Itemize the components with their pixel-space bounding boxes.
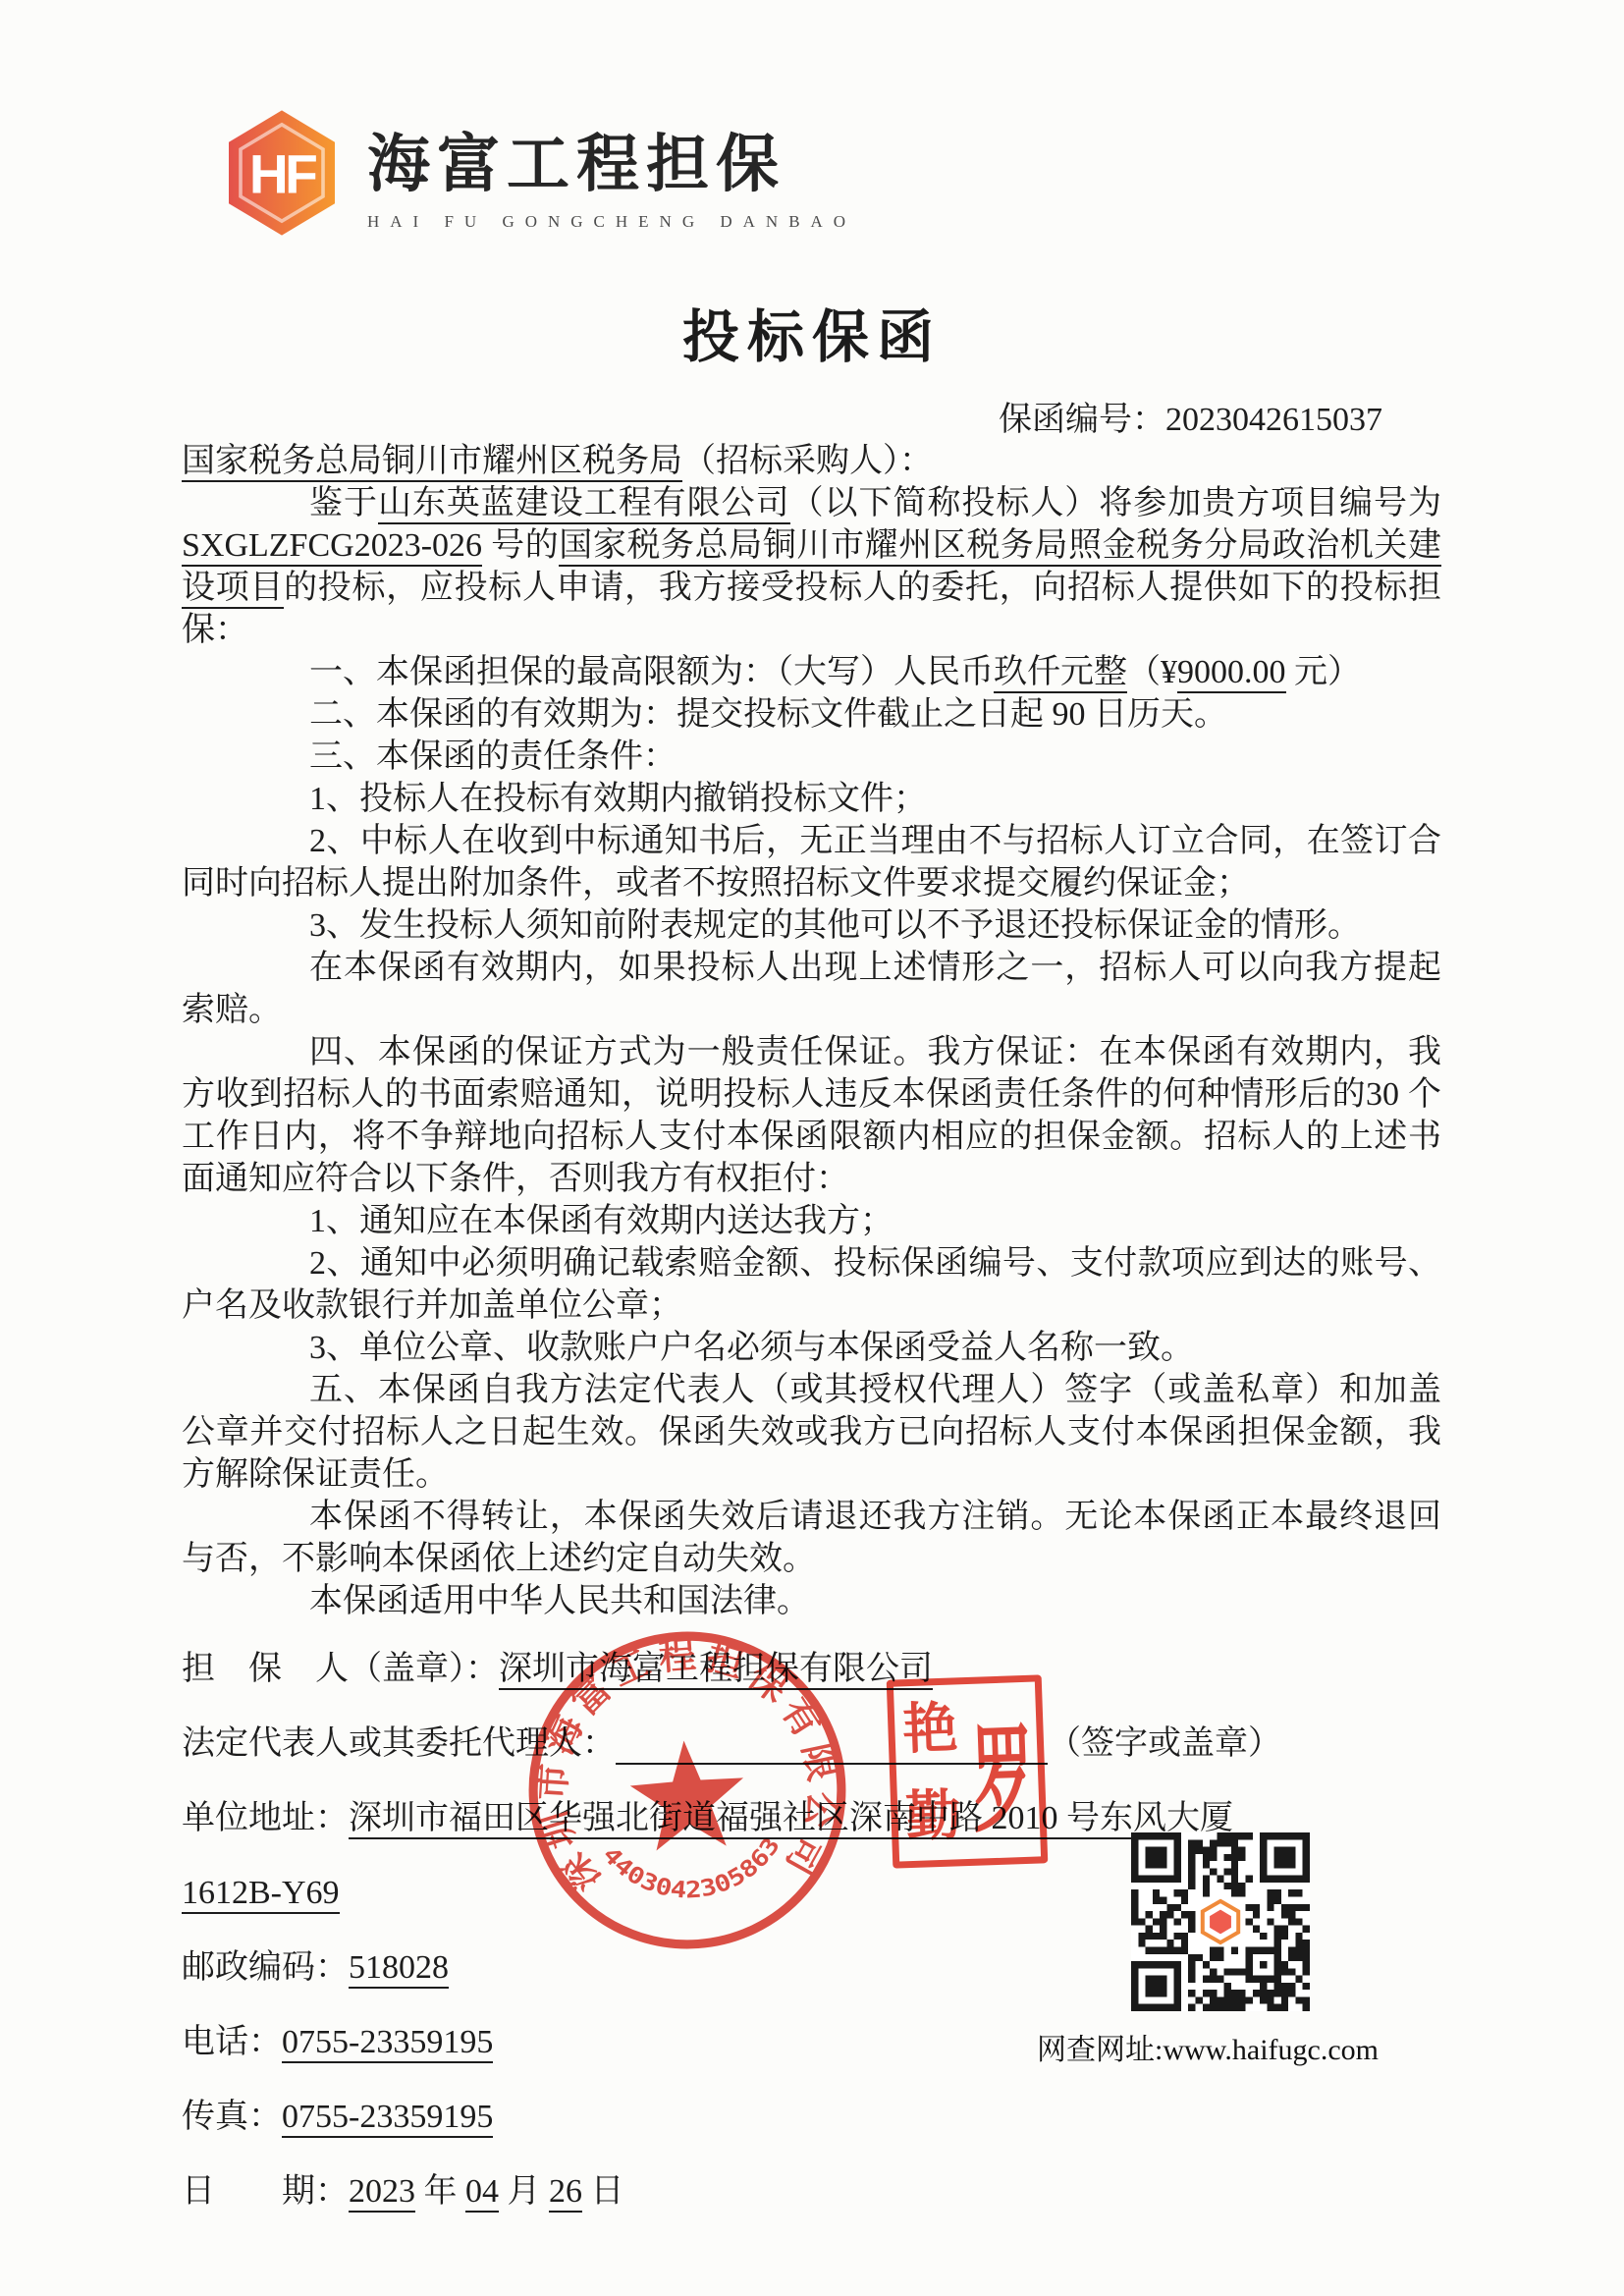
text-run: （以下简称投标人）将参加贵方项目编号为 [790,485,1441,521]
qr-code-image [1131,1832,1310,2011]
underlined-text: 518028 [349,1949,449,1989]
guarantee-number-label: 保函编号： [999,402,1165,438]
underlined-text: 0755-23359195 [282,2024,493,2063]
paragraph: 国家税务总局铜川市耀州区税务局（招标采购人）： [182,440,1441,482]
text-run: 元） [1286,654,1362,690]
company-logo-icon: HF [222,108,342,238]
name-stamp-left-column: 艳 勤 [893,1684,970,1861]
text-run: 邮政编码： [182,1949,349,1986]
underlined-text: 2023 [349,2173,415,2213]
brand-name-cn: 海富工程担保 [367,114,856,204]
guarantee-document-page: HF 海富工程担保 HAI FU GONGCHENG DANBAO 投标保函 保… [0,0,1624,2296]
paragraph: 1、投标人在投标有效期内撤销投标文件； [182,778,1441,820]
paragraph: 一、本保函担保的最高限额为：（大写）人民币玖仟元整（¥9000.00 元） [182,651,1441,693]
guarantee-number: 保函编号：2023042615037 [999,392,1382,440]
paragraph: 二、本保函的有效期为：提交投标文件截止之日起 90 日历天。 [182,693,1441,736]
paragraph: 三、本保函的责任条件： [182,736,1441,778]
text-run: 日 [582,2173,624,2210]
text-run: 电话： [182,2024,282,2060]
text-run: 本保函不得转让，本保函失效后请退还我方注销。无论本保函正本最终退回与否，不影响本… [182,1499,1441,1577]
text-run: 一、本保函担保的最高限额为：（大写）人民币 [309,654,994,690]
name-stamp-char: 艳 [902,1701,959,1758]
guarantee-number-value: 2023042615037 [1165,402,1382,438]
paragraph: 四、本保函的保证方式为一般责任保证。我方保证：在本保函有效期内，我方收到招标人的… [182,1031,1441,1200]
body-paragraphs: 国家税务总局铜川市耀州区税务局（招标采购人）：鉴于山东英蓝建设工程有限公司（以下… [182,440,1441,1622]
underlined-text: 0755-23359195 [282,2099,493,2138]
text-run: 1、通知应在本保函有效期内送达我方； [309,1203,893,1239]
text-run: 三、本保函的责任条件： [309,738,677,775]
paragraph: 2、中标人在收到中标通知书后，无正当理由不与招标人订立合同，在签订合同时向招标人… [182,820,1441,904]
text-run: 的投标，应投标人申请，我方接受投标人的委托，向招标人提供如下的投标担保： [182,570,1441,648]
seal-registration-number: 4403042305863 [596,1831,788,1910]
text-run: （签字或盖章） [1048,1725,1281,1762]
brand-name-en: HAI FU GONGCHENG DANBAO [367,212,856,232]
document-title: 投标保函 [0,291,1624,373]
text-run: 2、中标人在收到中标通知书后，无正当理由不与招标人订立合同，在签订合同时向招标人… [182,823,1441,902]
paragraph: 五、本保函自我方法定代表人（或其授权代理人）签字（或盖私章）和加盖公章并交付招标… [182,1369,1441,1496]
footer-line: 传真：0755-23359195 [182,2096,1458,2138]
text-run: 四、本保函的保证方式为一般责任保证。我方保证：在本保函有效期内，我方收到招标人的… [182,1034,1441,1197]
name-stamp-right-column: 罗 [964,1682,1041,1859]
qr-center-logo-icon [1196,1897,1245,1946]
svg-text:4403042305863: 4403042305863 [596,1831,788,1910]
legal-representative-name-stamp: 艳 勤 罗 [887,1674,1049,1868]
text-run: 本保函适用中华人民共和国法律。 [309,1583,810,1619]
logo-text: 海富工程担保 HAI FU GONGCHENG DANBAO [367,114,856,232]
seal-star-icon [627,1736,748,1852]
footer-line: 电话：0755-23359195 [182,2021,1458,2063]
paragraph: 3、单位公章、收款账户户名必须与本保函受益人名称一致。 [182,1327,1441,1369]
text-run: 五、本保函自我方法定代表人（或其授权代理人）签字（或盖私章）和加盖公章并交付招标… [182,1372,1441,1493]
underlined-text: 9000.00 [1177,654,1286,693]
paragraph: 在本保函有效期内，如果投标人出现上述情形之一，招标人可以向我方提起索赔。 [182,947,1441,1031]
company-seal-stamp: 深圳市海富工程担保有限公司 4403042305863 [513,1615,862,1965]
paragraph: 鉴于山东英蓝建设工程有限公司（以下简称投标人）将参加贵方项目编号为SXGLZFC… [182,482,1441,651]
text-run: 3、单位公章、收款账户户名必须与本保函受益人名称一致。 [309,1330,1194,1366]
underlined-text: 玖仟元整 [994,654,1127,693]
paragraph: 本保函不得转让，本保函失效后请退还我方注销。无论本保函正本最终退回与否，不影响本… [182,1496,1441,1580]
text-run: 1、投标人在投标有效期内撤销投标文件； [309,781,927,817]
text-run: 传真： [182,2099,282,2135]
underlined-text: 04 [465,2173,499,2213]
text-run: 月 [499,2173,549,2210]
text-run: 在本保函有效期内，如果投标人出现上述情形之一，招标人可以向我方提起索赔。 [182,950,1441,1028]
text-run: 3、发生投标人须知前附表规定的其他可以不予退还投标保证金的情形。 [309,907,1361,944]
logo-monogram: HF [249,143,316,204]
underlined-text: 26 [549,2173,582,2213]
paragraph: 1、通知应在本保函有效期内送达我方； [182,1200,1441,1242]
underlined-text: 1612B-Y69 [182,1875,340,1914]
name-stamp-char: 勤 [905,1788,962,1845]
footer-line: 日 期：2023 年 04 月 26 日 [182,2170,1458,2213]
paragraph: 2、通知中必须明确记载索赔金额、投标保函编号、支付款项应到达的账号、户名及收款银… [182,1242,1441,1327]
company-logo: HF 海富工程担保 HAI FU GONGCHENG DANBAO [222,108,856,238]
text-run: （招标采购人）： [682,443,933,479]
text-run: 年 [415,2173,465,2210]
verification-qr-code [1131,1832,1310,2011]
underlined-text: SXGLZFCG2023-026 [182,527,482,567]
paragraph: 本保函适用中华人民共和国法律。 [182,1580,1441,1622]
text-run: 担 保 人（盖章）： [182,1651,499,1687]
underlined-text: 国家税务总局铜川市耀州区税务局 [182,443,682,482]
text-run: 2、通知中必须明确记载索赔金额、投标保函编号、支付款项应到达的账号、户名及收款银… [182,1245,1441,1324]
text-run: （¥ [1127,654,1177,690]
paragraph: 3、发生投标人须知前附表规定的其他可以不予退还投标保证金的情形。 [182,904,1441,947]
underlined-text: 山东英蓝建设工程有限公司 [378,485,790,524]
text-run: 二、本保函的有效期为：提交投标文件截止之日起 90 日历天。 [309,696,1227,733]
text-run: 鉴于 [309,485,378,521]
text-run: 日 期： [182,2173,349,2210]
text-run: 单位地址： [182,1800,349,1836]
text-run: 号的 [482,527,559,564]
name-stamp-char: 罗 [969,1686,1036,1854]
